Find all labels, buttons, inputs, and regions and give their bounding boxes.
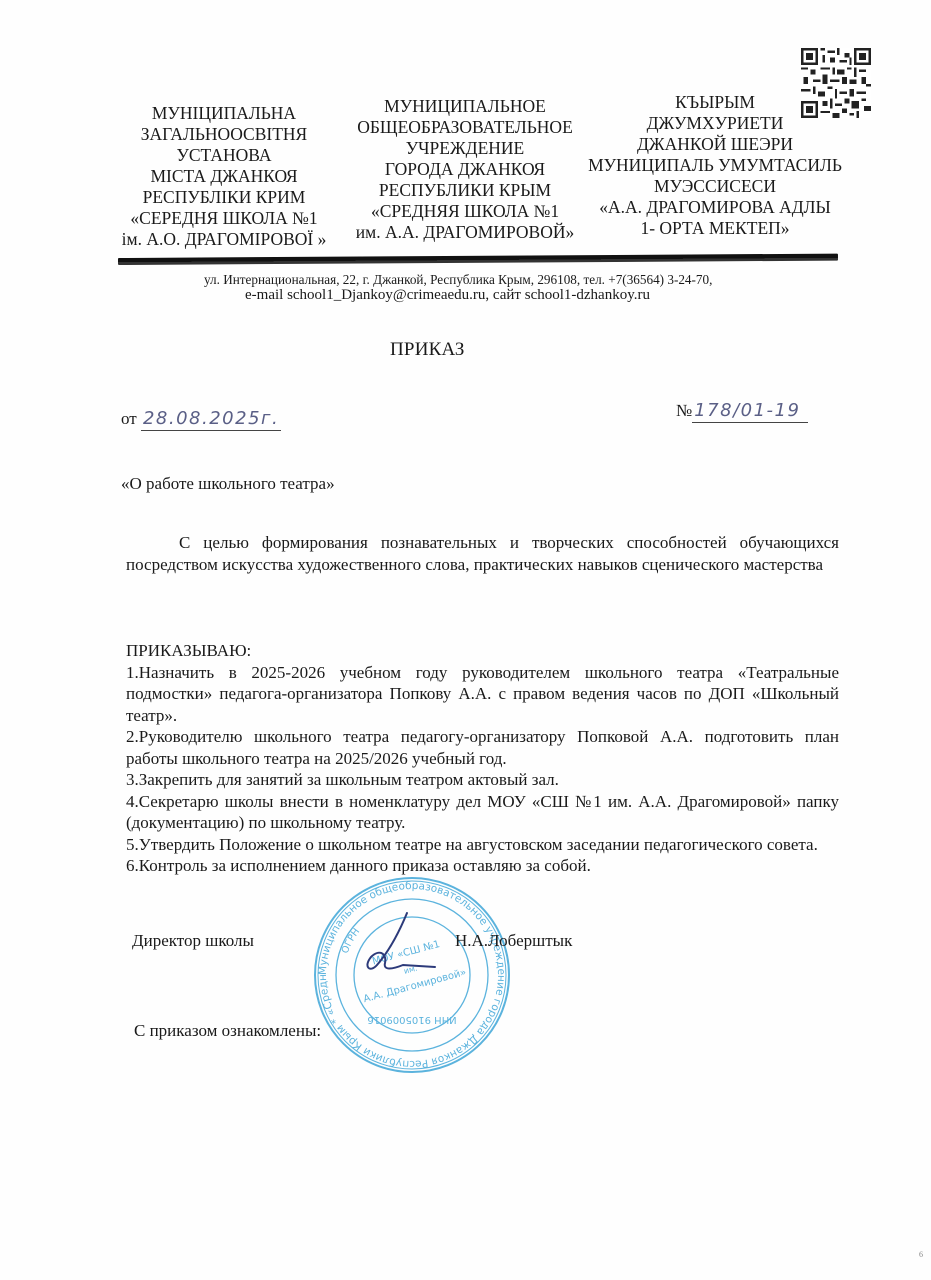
header-line: им. А.А. ДРАГОМИРОВОЙ» [342, 222, 588, 243]
header-line: «СРЕДНЯЯ ШКОЛА №1 [342, 201, 588, 222]
header-ukrainian: МУНІЦИПАЛЬНА ЗАГАЛЬНООСВІТНЯ УСТАНОВА МІ… [106, 103, 342, 250]
header-line: МУНИЦИПАЛЬНОЕ [342, 96, 588, 117]
header-line: УСТАНОВА [106, 145, 342, 166]
header-line: «СЕРЕДНЯ ШКОЛА №1 [106, 208, 342, 229]
order-item: 4.Секретарю школы внести в номенклатуру … [126, 791, 839, 834]
qr-code-icon [800, 48, 872, 118]
document-title: ПРИКАЗ [390, 339, 465, 361]
header-line: 1- ОРТА МЕКТЕП» [570, 218, 860, 239]
header-line: «А.А. ДРАГОМИРОВА АДЛЫ [570, 197, 860, 218]
header-russian: МУНИЦИПАЛЬНОЕ ОБЩЕОБРАЗОВАТЕЛЬНОЕ УЧРЕЖД… [342, 96, 588, 243]
signatory-position: Директор школы [132, 931, 254, 951]
orders-heading: ПРИКАЗЫВАЮ: [126, 640, 839, 662]
intro-paragraph: С целью формирования познавательных и тв… [126, 532, 839, 575]
order-item: 1.Назначить в 2025-2026 учебном году рук… [126, 662, 839, 727]
signature-scribble-icon [355, 905, 445, 980]
header-line: ГОРОДА ДЖАНКОЯ [342, 159, 588, 180]
handwritten-date: 28.08.2025г. [141, 408, 281, 431]
page-mark: 6 [919, 1250, 923, 1259]
order-item: 2.Руководителю школьного театра педагогу… [126, 726, 839, 769]
handwritten-number: 178/01-19 [692, 400, 808, 423]
header-line: РЕСПУБЛІКИ КРИМ [106, 187, 342, 208]
header-line: ЗАГАЛЬНООСВІТНЯ [106, 124, 342, 145]
orders-section: ПРИКАЗЫВАЮ: 1.Назначить в 2025-2026 учеб… [126, 640, 839, 877]
order-item: 3.Закрепить для занятий за школьным теат… [126, 769, 839, 791]
header-line: ДЖАНКОЙ ШЕЭРИ [570, 134, 860, 155]
date-prefix: от [121, 409, 137, 428]
header-line: ім. А.О. ДРАГОМІРОВОЇ » [106, 229, 342, 250]
document-page: МУНІЦИПАЛЬНА ЗАГАЛЬНООСВІТНЯ УСТАНОВА МІ… [0, 0, 931, 1280]
header-divider [118, 254, 838, 265]
header-line: МУНИЦИПАЛЬ УМУМТАСИЛЬ [570, 155, 860, 176]
header-line: МУНІЦИПАЛЬНА [106, 103, 342, 124]
header-line: МУЭССИСЕСИ [570, 176, 860, 197]
stamp-inn: ИНН 9105009016 [367, 1014, 456, 1025]
header-line: УЧРЕЖДЕНИЕ [342, 138, 588, 159]
header-line: РЕСПУБЛИКИ КРЫМ [342, 180, 588, 201]
contact-line: e-mail school1_Djankoy@crimeaedu.ru, сай… [245, 287, 650, 304]
header-line: МІСТА ДЖАНКОЯ [106, 166, 342, 187]
header-line: ОБЩЕОБРАЗОВАТЕЛЬНОЕ [342, 117, 588, 138]
order-date: от 28.08.2025г. [121, 408, 281, 429]
signatory-name: Н.А.Лоберштык [455, 931, 572, 951]
order-item: 6.Контроль за исполнением данного приказ… [126, 855, 839, 877]
order-subject: «О работе школьного театра» [121, 474, 335, 494]
acknowledgement-label: С приказом ознакомлены: [134, 1021, 321, 1041]
address-line: ул. Интернациональная, 22, г. Джанкой, Р… [204, 272, 712, 288]
order-item: 5.Утвердить Положение о школьном театре … [126, 834, 839, 856]
order-number: №178/01-19 [676, 400, 808, 423]
number-prefix: № [676, 401, 692, 420]
